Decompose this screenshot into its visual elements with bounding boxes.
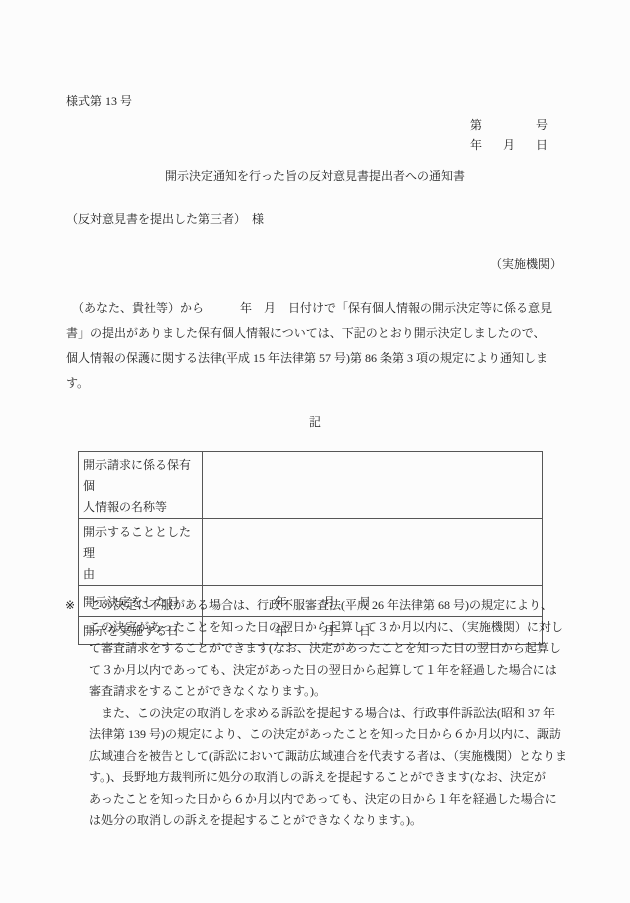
body-line: 個人情報の保護に関する法律(平成 15 年法律第 57 号)第 86 条第 3 … [66,346,576,371]
body-line: （あなた、貴社等）から 年 月 日付けで「保有個人情報の開示決定等に係る意見 [66,296,576,321]
table-row: 開示請求に係る保有個 人情報の名称等 [79,452,543,519]
note-line: す。)、長野地方裁判所に処分の取消しの訴えを提起することができます(なお、決定が [89,767,584,789]
note-line: 広域連合を被告として(訴訟において諏訪広域連合を代表する者は、（実施機関）となり… [89,746,584,768]
note-marker: ※ [65,595,75,617]
note-line: また、この決定の取消しを求める訴訟を提起する場合は、行政事件訴訟法(昭和 37 … [89,703,584,725]
note-line: この決定があったことを知った日の翌日から起算して３か月以内に、（実施機関）に対し [89,617,584,639]
record-heading: 記 [0,413,630,431]
row-value [203,519,543,586]
page-title: 開示決定通知を行った旨の反対意見書提出者への通知書 [0,167,630,185]
table-row: 開示することとした理 由 [79,519,543,586]
note-line: 法律第 139 号)の規定により、この決定があったことを知った日から６か月以内に… [89,724,584,746]
doc-number-prefix: 第 [470,117,482,133]
addressee-line: （反対意見書を提出した第三者） 様 [66,210,264,228]
document-page: 様式第 13 号 第 号 年 月 日 開示決定通知を行った旨の反対意見書提出者へ… [0,0,630,903]
note-line: て３か月以内であっても、決定があった日の翌日から起算して１年を経過した場合には [89,660,584,682]
form-number: 様式第 13 号 [66,93,132,109]
body-line: 書」の提出がありました保有個人情報については、下記のとおり開示決定しましたので、 [66,321,576,346]
date-year-label: 年 [470,137,482,153]
note-line: あったことを知った日から６か月以内であっても、決定の日から１年を経過した場合に [89,789,584,811]
note-line: て審査請求をすることができます(なお、決定があったことを知った日の翌日から起算し [89,638,584,660]
body-paragraph: （あなた、貴社等）から 年 月 日付けで「保有個人情報の開示決定等に係る意見 書… [66,296,576,396]
date-month-label: 月 [503,137,515,153]
document-number-line: 第 号 [470,117,548,133]
implementing-agency: （実施機関） [490,255,562,273]
note-line: この決定に不服がある場合は、行政不服審査法(平成 26 年法律第 68 号)の規… [89,595,584,617]
date-line: 年 月 日 [470,137,548,153]
row-label: 開示することとした理 由 [79,519,203,586]
row-label: 開示請求に係る保有個 人情報の名称等 [79,452,203,519]
note-line: は処分の取消しの訴えを提起することができなくなります。)。 [89,810,584,832]
doc-number-suffix: 号 [536,117,548,133]
body-line: す。 [66,371,576,396]
date-day-label: 日 [536,137,548,153]
row-value [203,452,543,519]
note-block: この決定に不服がある場合は、行政不服審査法(平成 26 年法律第 68 号)の規… [89,595,584,832]
note-line: 審査請求をすることができなくなります。)。 [89,681,584,703]
